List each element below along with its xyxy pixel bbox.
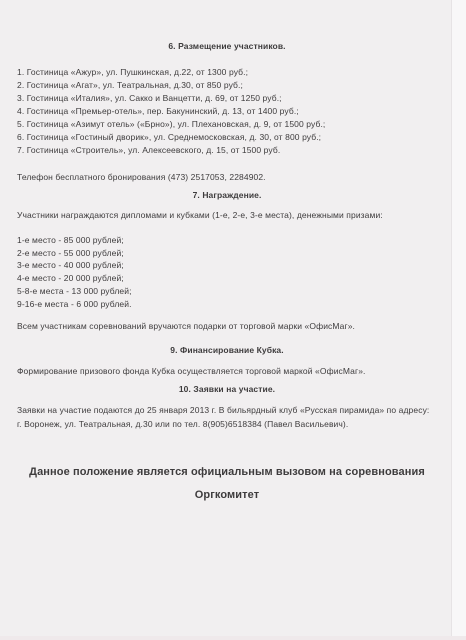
financing-body-line: Формирование призового фонда Кубка осуще… (17, 365, 437, 378)
prize-item: 3-е место - 40 000 рублей; (17, 259, 437, 272)
document-content: 6. Размещение участников. 1. Гостиница «… (0, 0, 450, 640)
official-statement-line: Данное положение является официальным вы… (17, 465, 437, 479)
hotel-item: 5. Гостиница «Азимут отель» («Брно»), ул… (17, 118, 437, 131)
hotel-item: 4. Гостиница «Премьер-отель», пер. Бакун… (17, 105, 437, 118)
hotel-item: 3. Гостиница «Италия», ул. Сакко и Ванце… (17, 92, 437, 105)
booking-phone-line: Телефон бесплатного бронирования (473) 2… (17, 171, 437, 184)
organizing-committee-signature: Оргкомитет (17, 488, 437, 502)
hotel-item: 1. Гостиница «Ажур», ул. Пушкинская, д.2… (17, 66, 437, 79)
hotel-item: 7. Гостиница «Строитель», ул. Алексеевск… (17, 144, 437, 157)
section-9-heading: 9. Финансирование Кубка. (17, 344, 437, 357)
hotel-list: 1. Гостиница «Ажур», ул. Пушкинская, д.2… (17, 66, 437, 157)
scanned-document-page: 6. Размещение участников. 1. Гостиница «… (0, 0, 466, 640)
prize-item: 5-8-е места - 13 000 рублей; (17, 285, 437, 298)
applications-line-1: Заявки на участие подаются до 25 января … (17, 404, 437, 418)
awards-intro-line: Участники награждаются дипломами и кубка… (17, 209, 437, 222)
applications-paragraph: Заявки на участие подаются до 25 января … (17, 404, 437, 431)
prize-item: 9-16-е места - 6 000 рублей. (17, 298, 437, 311)
section-6-heading: 6. Размещение участников. (17, 40, 437, 53)
prize-item: 2-е место - 55 000 рублей; (17, 247, 437, 260)
hotel-item: 2. Гостиница «Агат», ул. Театральная, д.… (17, 79, 437, 92)
prize-item: 4-е место - 20 000 рублей; (17, 272, 437, 285)
gifts-line: Всем участникам соревнований вручаются п… (17, 320, 437, 333)
section-7-heading: 7. Награждение. (17, 189, 437, 202)
scan-edge-right (451, 0, 466, 640)
hotel-item: 6. Гостиница «Гостиный дворик», ул. Сред… (17, 131, 437, 144)
applications-line-2: г. Воронеж, ул. Театральная, д.30 или по… (17, 418, 437, 432)
section-10-heading: 10. Заявки на участие. (17, 383, 437, 396)
prize-list: 1-е место - 85 000 рублей; 2-е место - 5… (17, 234, 437, 310)
prize-item: 1-е место - 85 000 рублей; (17, 234, 437, 247)
